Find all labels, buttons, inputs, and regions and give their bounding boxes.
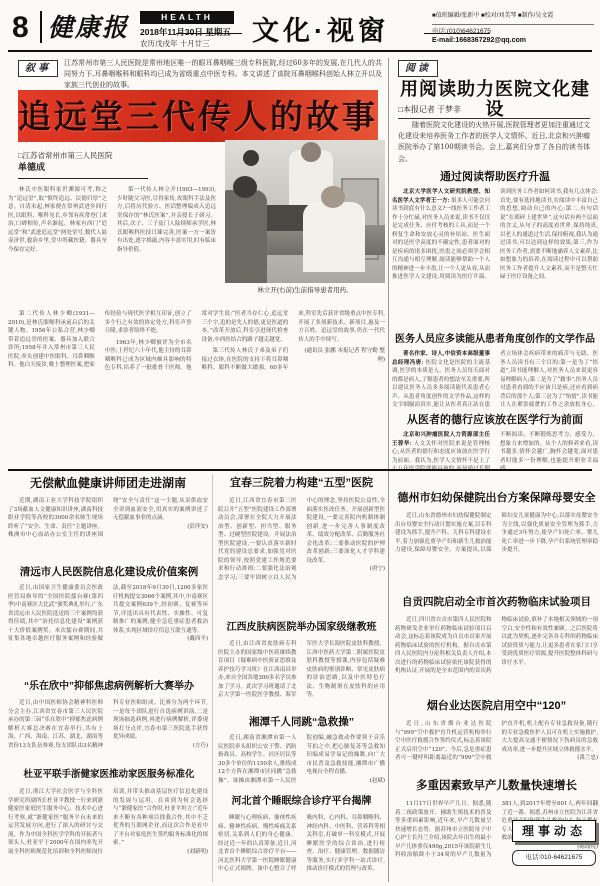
council-news-box: 理事动态	[512, 820, 596, 842]
photo-caption: 林立开(右前)生前指导患者用药。	[225, 287, 385, 295]
brief-text: 近日,由国家卫生健康委员会医政医管局指导的“全国医院擂台赛(第四季)中南赛区大比…	[8, 584, 208, 645]
brief-title-preemie: 多重因素致早产儿数量快速增长	[395, 780, 598, 793]
feature-byline: □江苏省常州市第三人民医院 单德成	[18, 150, 148, 179]
brief-text: 近日,由中国医师协会精神科医师分会主办,江西省宜春市第三人民医院承办的第三届“乐…	[8, 699, 208, 752]
council-phone-box: 电话:010-64621675	[512, 850, 596, 866]
brief-body: 近日,浙江大学社会医学与全科医学研究所副所长杜亚平教授一行来到浙健家医家庭医生服…	[8, 788, 208, 880]
brief-body: 睡眠与心理疾病、躯体性疾病、精神性疾病、慢性疼痛关系密切,关系到人们的身心健康。…	[218, 814, 385, 880]
brief-text-span: 近期,湖南工业大学科技学院组织了3场献血人文健康知识讲座,湖南科技职业学院等高校…	[8, 498, 208, 538]
brief-credit: (方巧)	[113, 742, 208, 751]
brief-title-hebei-sleep: 河北首个睡眠综合诊疗平台揭牌	[218, 796, 385, 808]
brief-title-yantai: 烟台业达医院启用空中“120”	[395, 700, 598, 713]
brief-credit: (禹兰忠)	[502, 754, 599, 763]
reading-section-text: 著名作家、诗人,中信资本高级董事总经理冯唐: 医院文化是医院的主流基调,医学的本…	[392, 350, 598, 410]
reading-subhead-3: 从医者的德行应该放在医学行为前面	[392, 414, 598, 427]
feature-body-top: 林氏中医眼科家世渊源可考,称之为“追远堂”,取“慎终追远、民德归厚”之意。自清末…	[8, 186, 216, 304]
brief-title-xiangtan: 湘潭千人同跳“急救操”	[218, 716, 385, 728]
brief-text-span: 近日,四川省自贡市第四人民医院和药物研发企业举行药物临床试验项目启动会,这标志着…	[395, 617, 598, 674]
photo-patient-head	[233, 176, 257, 198]
brief-credit: (唐宁)	[307, 565, 386, 574]
brief-text-span: 睡眠与心理疾病、躯体性疾病、精神性疾病、慢性疼痛关系密切,关系到人们的身心健康。…	[218, 815, 385, 872]
brief-text: 近日,四川省自贡市第四人民医院和药物研发企业举行药物临床试验项目启动会,这标志着…	[395, 616, 598, 676]
photo-lamp	[243, 150, 259, 166]
article-photo	[225, 140, 385, 283]
brief-text: 近日,山东省德州市妇幼保健院制定出台母婴安全行动计划实施方案,以专科建设为抓手,…	[395, 512, 598, 556]
brief-credit: (彭萍安)	[113, 523, 208, 532]
photo-standing-doctor-head	[301, 142, 321, 162]
brief-title-yichun: 宜春三院着力构建“五型”医院	[218, 477, 385, 490]
feature-paragraph: 林氏中医眼科家世渊源可考,称之为“追远堂”,取“慎终追远、民德归厚”之意。自清末…	[8, 186, 107, 254]
brief-body: 近日,由江西省皮肤病专科医院主办的国家级中医药继续教育项目《疑难病中医验证思维及…	[218, 640, 385, 710]
brief-body: 近日,山东省烟台业达医院与“999”空中救护直升机运营机构举行空中医疗救援合作签…	[395, 720, 598, 776]
brief-text-span: 近日,由江西省皮肤病专科医院主办的国家级中医药继续教育项目《疑难病中医验证思维及…	[218, 641, 385, 698]
brief-body: 近日,由国家卫生健康委员会医政医管局指导的“全国医院擂台赛(第四季)中南赛区大比…	[8, 584, 208, 676]
reading-section-3: 北京和兴肿瘤医院人力资源部主任王蓉华: 人文关怀对医院来说是管理核心,从医者的德…	[392, 431, 598, 483]
brief-text: 近期,湖南工业大学科技学院组织了3场献血人文健康知识讲座,湖南科技职业学院等高校…	[8, 497, 208, 540]
reading-section-1: 北京大学医学人文研究院教授、知名医学人文学者王一方: 很多人可能会问读书到底有什…	[392, 188, 598, 328]
brief-credit: (刘新明)	[113, 848, 208, 857]
brief-title-zigong: 自贡四院启动全市首次药物临床试验项目	[395, 596, 598, 608]
brief-title-duyaping: 杜亚平联手浙健家医推动家医服务标准化	[8, 770, 210, 781]
brief-text-span: 近日,浙江大学社会医学与全科医学研究所副所长杜亚平教授一行来到浙健家医家庭医生服…	[8, 789, 208, 855]
brief-credit: (戴西平)	[113, 635, 208, 644]
reading-lead: 随着医院文化建设的火热开展,医院管理者更加注重通过文化建设来培养医务工作者的医学…	[398, 120, 590, 168]
header-rule	[8, 50, 592, 52]
brief-text: 近日,江西省宜春市第三医院召开“五型”医院建设工作部署动员会,部署在全院大力开展…	[218, 497, 385, 582]
brief-body: 近日,湖南省湘潭市第一人民医院牵头组织公安干警、消防指战员、高校学生、社区居民等…	[218, 734, 385, 790]
story-tag: 叙事	[18, 60, 58, 77]
page-number: 8	[12, 13, 29, 43]
brief-text-span: 近日,由国家卫生健康委员会医政医管局指导的“全国医院擂台赛(第四季)中南赛区大比…	[8, 585, 208, 642]
header-divider-bar	[40, 11, 42, 43]
reading-tag: 阅读	[398, 60, 438, 77]
brief-text: 近日,浙江大学社会医学与全科医学研究所副所长杜亚平教授一行来到浙健家医家庭医生服…	[8, 788, 208, 858]
photo-seated-doctor	[303, 202, 365, 272]
reading-byline: □本报记者 于梦非	[398, 104, 590, 119]
title-rule-left	[176, 33, 242, 34]
reading-section-2: 著名作家、诗人,中信资本高级董事总经理冯唐: 医院文化是医院的主流基调,医学的本…	[392, 350, 598, 410]
staff-rule	[432, 24, 594, 25]
photo-patient	[225, 190, 267, 283]
column-rule-lower	[212, 474, 213, 882]
brief-title-qingyuan: 清远市人民医院信息化建设成价值案例	[8, 566, 210, 578]
feature-body-bottom: 第二代传人林少卿(1931—2010),是林氏眼喉科承前启后的关键人物。1956…	[8, 310, 385, 465]
speaker-quote: 医院文化是医院的主流基调,医学的本质是人。医务人员每天面对的都是病人,了解患者的…	[392, 351, 598, 408]
feature-credit: (通讯员 张鹏 本报记者 程守勤 整理)	[298, 347, 385, 364]
feature-paragraph: 第一代传人林立开(1903—1993),少时随父习医,尽得家传,攻眼科手法及医方…	[117, 186, 216, 254]
byline-name: 单德成	[18, 162, 45, 172]
brief-title-lezaixinzhong: “乐在欣中”抑郁焦虑病例解析大赛举办	[8, 681, 210, 693]
paper-logo: 健康报	[48, 15, 129, 40]
speaker-quote: 人文关怀对医院来说是管理核心,从医者的德行和态度应该放在医学行为前面。我认为,医…	[392, 432, 598, 472]
brief-title-dezhou: 德州市妇幼保健院出台方案保障母婴安全	[395, 492, 598, 505]
newspaper-page: 8 健康报 HEALTH NEWS 2018年11月30日 星期五 农历戊戌年 …	[0, 0, 600, 886]
brief-title-jiangxi-skin: 江西皮肤病医院举办国家级继教班	[218, 622, 385, 634]
brief-title-donation: 无偿献血健康讲师团走进湖南	[8, 477, 208, 491]
brief-text: 近日,湖南省湘潭市第一人民医院牵头组织公安干警、消防指战员、高校学生、社区居民等…	[218, 734, 385, 787]
email-line: E-mail:1668367292@qq.com	[432, 36, 526, 46]
brief-credit: (赵斌)	[307, 777, 386, 786]
brief-text: 睡眠与心理疾病、躯体性疾病、精神性疾病、慢性疼痛关系密切,关系到人们的身心健康。…	[218, 814, 385, 880]
lunar-date: 农历戊戌年 十月廿三	[140, 39, 210, 48]
brief-text-span: 近日,山东省德州市妇幼保健院制定出台母婴安全行动计划实施方案,以专科建设为抓手,…	[395, 513, 598, 553]
paper-name-en: HEALTH NEWS	[140, 11, 234, 24]
feature-title: 追远堂三代传人的故事	[18, 100, 378, 133]
section-title: 文化·视窗	[252, 18, 389, 45]
brief-text: 近日,山东省烟台业达医院与“999”空中救护直升机运营机构举行空中医疗救援合作签…	[395, 720, 598, 764]
photo-seated-doctor-head	[321, 186, 345, 208]
byline-org: □江苏省常州市第三人民医院	[18, 151, 113, 160]
brief-body: 近日,山东省德州市妇幼保健院制定出台母婴安全行动计划实施方案,以专科建设为抓手,…	[395, 512, 598, 590]
brief-body: 近日,四川省自贡市第四人民医院和药物研发企业举行药物临床试验项目启动会,这标志着…	[395, 616, 598, 696]
feature-banner: 追远堂三代传人的故事	[18, 90, 378, 142]
reading-section-text: 北京大学医学人文研究院教授、知名医学人文学者王一方: 很多人可能会问读书到底有什…	[392, 188, 598, 283]
reading-subhead-1: 通过阅读帮助医疗升温	[392, 171, 598, 184]
section-divider	[8, 469, 592, 471]
story-intro: 江苏常州市第三人民医院是常州地区唯一的眼耳鼻咽喉三级专科医院,经过60多年的发展…	[64, 58, 382, 91]
brief-text: 近日,由江西省皮肤病专科医院主办的国家级中医药继续教育项目《疑难病中医验证思维及…	[218, 640, 385, 701]
reading-subhead-2: 医务人员应多读能从患者角度创作的文学作品	[392, 334, 598, 346]
brief-body: 近日,江西省宜春市第三医院召开“五型”医院建设工作部署动员会,部署在全院大力开展…	[218, 497, 385, 615]
brief-body: 近期,湖南工业大学科技学院组织了3场献血人文健康知识讲座,湖南科技职业学院等高校…	[8, 497, 208, 561]
staff-line: ■值班编辑/张新中 ■校对/刘美琴 ■制作/吴文霞	[432, 12, 594, 22]
brief-body: 近日,由中国医师协会精神科医师分会主办,江西省宜春市第三人民医院承办的第三届“乐…	[8, 699, 208, 765]
